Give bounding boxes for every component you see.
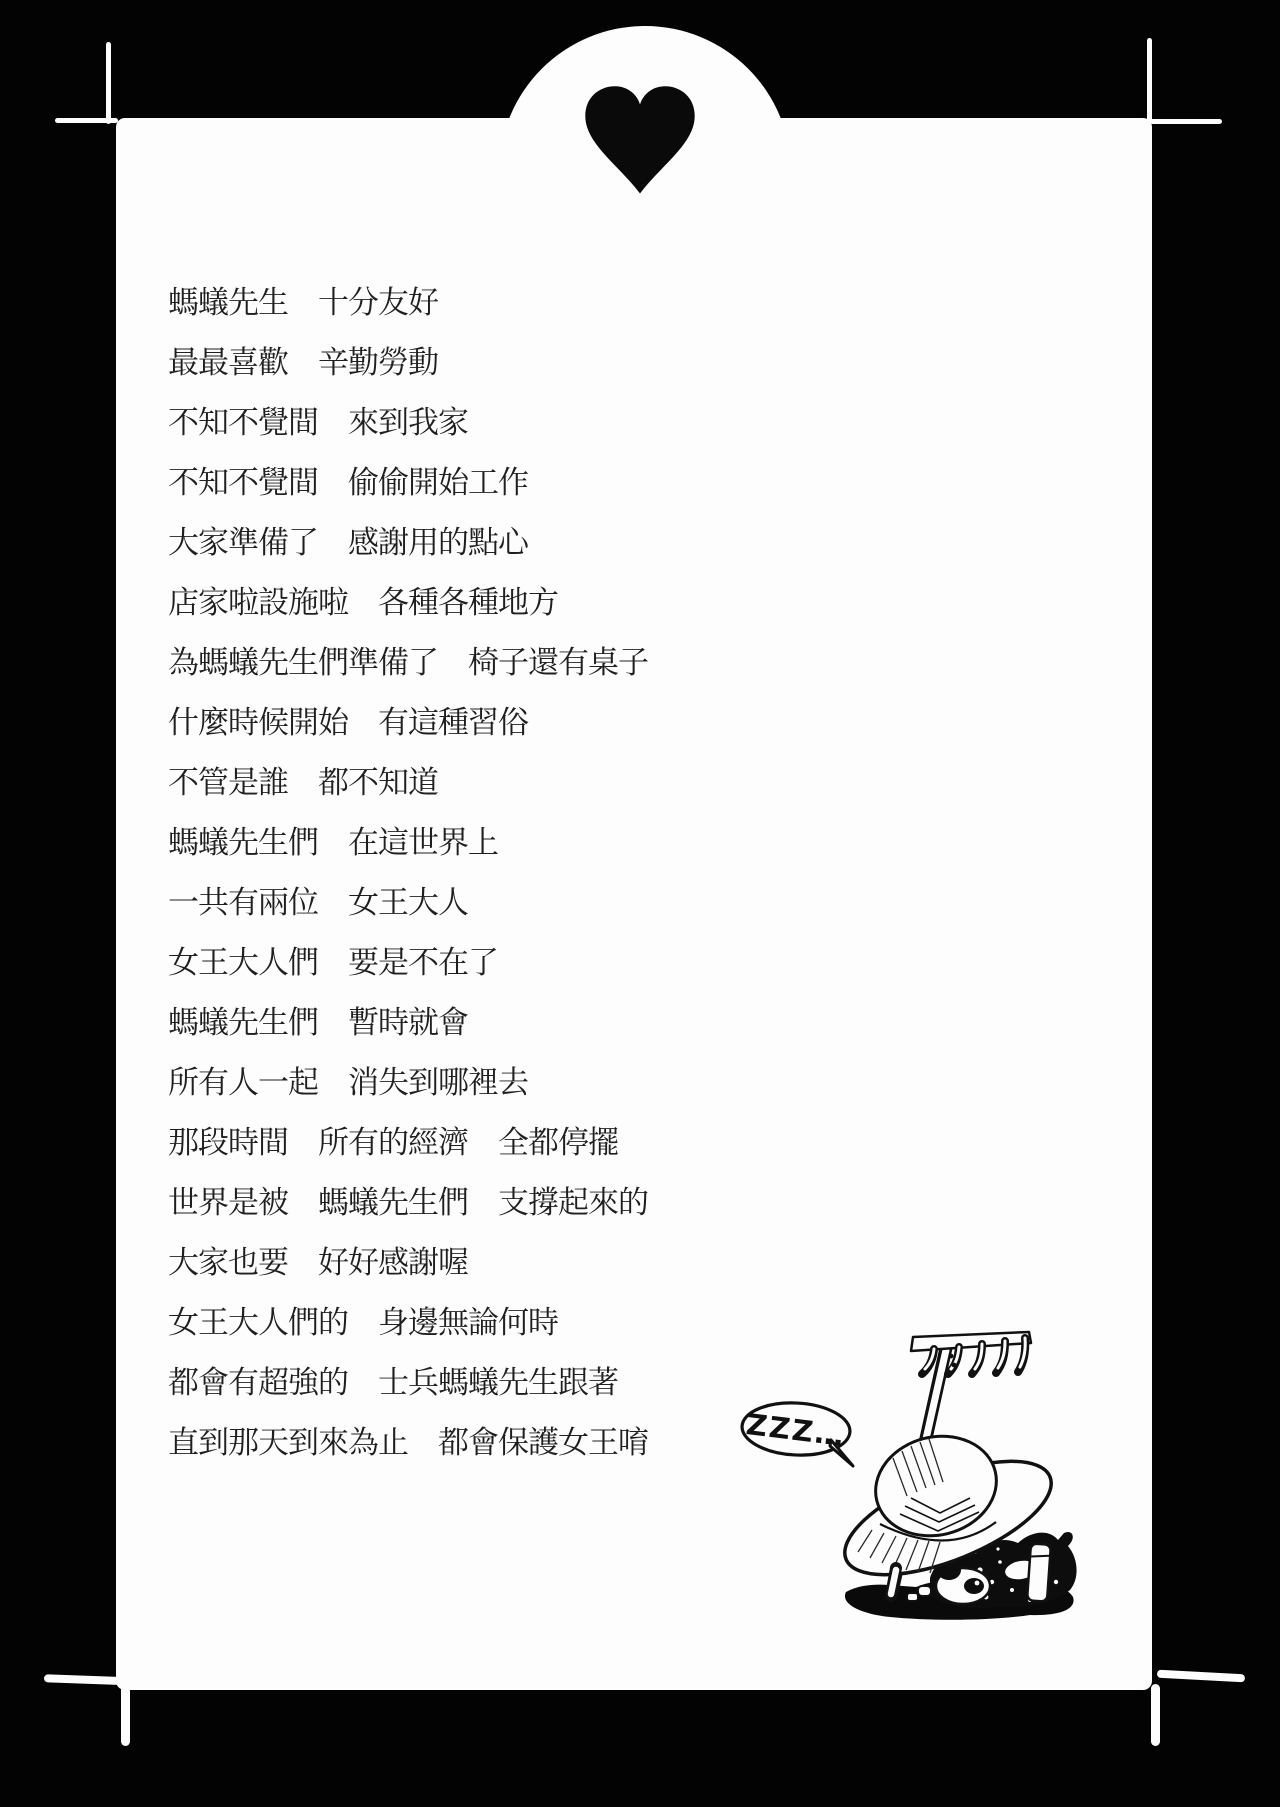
poem-line: 一共有兩位 女王大人 [168, 873, 1028, 933]
frame-tick-bottom-right-vertical [1151, 1684, 1160, 1746]
frame-tick-bottom-left-vertical [121, 1684, 130, 1746]
poem-line: 那段時間 所有的經濟 全都停擺 [168, 1113, 1028, 1173]
poem-line: 大家準備了 感謝用的點心 [168, 513, 1028, 573]
poem-line: 大家也要 好好感謝喔 [168, 1233, 1028, 1293]
poem-line: 不知不覺間 來到我家 [168, 393, 1028, 453]
poem-line: 螞蟻先生們 在這世界上 [168, 813, 1028, 873]
poem-line: 為螞蟻先生們準備了 椅子還有桌子 [168, 633, 1028, 693]
manga-page: 螞蟻先生 十分友好 最最喜歡 辛勤勞動 不知不覺間 來到我家 不知不覺間 偷偷開… [0, 0, 1280, 1807]
poem-line: 世界是被 螞蟻先生們 支撐起來的 [168, 1173, 1028, 1233]
poem-line: 螞蟻先生們 暫時就會 [168, 993, 1028, 1053]
poem-line: 所有人一起 消失到哪裡去 [168, 1053, 1028, 1113]
poem-line: 什麼時候開始 有這種習俗 [168, 693, 1028, 753]
poem-line: 螞蟻先生 十分友好 [168, 273, 1028, 333]
poem-line: 最最喜歡 辛勤勞動 [168, 333, 1028, 393]
ant-paw [918, 1586, 931, 1596]
poem-line: 不知不覺間 偷偷開始工作 [168, 453, 1028, 513]
poem-line: 不管是誰 都不知道 [168, 753, 1028, 813]
heart-icon [580, 84, 700, 198]
poem-line: 店家啦設施啦 各種各種地方 [168, 573, 1028, 633]
sleeping-ant-illustration: ZZZ… [730, 1320, 1100, 1640]
frame-tick-top-right-vertical [1147, 38, 1152, 124]
poem-text-block: 螞蟻先生 十分友好 最最喜歡 辛勤勞動 不知不覺間 來到我家 不知不覺間 偷偷開… [168, 273, 1028, 1473]
poem-line: 女王大人們 要是不在了 [168, 933, 1028, 993]
frame-tick-top-right-horizontal [1150, 119, 1222, 124]
frame-tick-bottom-right-horizontal [1157, 1670, 1245, 1683]
frame-tick-top-left-horizontal [55, 118, 118, 123]
ant-paw [907, 1593, 918, 1601]
rake-handle-tip [891, 1568, 896, 1596]
canteen-icon [1027, 1543, 1051, 1601]
frame-tick-top-left-vertical [106, 42, 111, 124]
sleep-bubble: ZZZ… [741, 1400, 853, 1466]
